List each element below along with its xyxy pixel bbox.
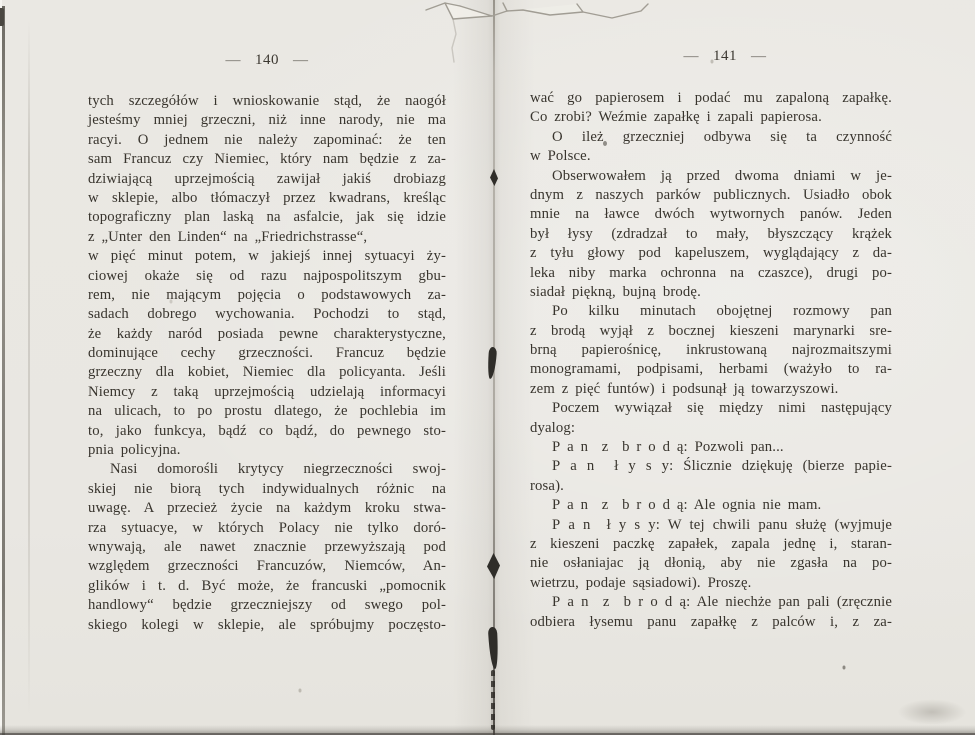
text-line: brną papierośnicę, inkrustowaną najrozma… bbox=[530, 341, 892, 360]
text-line: leka niby marka ochronna na czaszce), dr… bbox=[530, 264, 892, 283]
text-line: odbiera łysemu panu zapałkę z palców i, … bbox=[530, 613, 892, 632]
text-line: glików i t. d. Być może, że francuski „p… bbox=[88, 577, 446, 596]
text-line: sam Francuz czy Niemiec, który nam będzi… bbox=[88, 150, 446, 169]
text-line: Poczem wywiązał się między nimi następuj… bbox=[530, 399, 892, 418]
book-scan: — 140 — tych szczegółów i wnioskowanie s… bbox=[0, 0, 975, 735]
paper-specks bbox=[0, 0, 2, 3]
right-page-text: wać go papierosem i podać mu zapaloną za… bbox=[530, 89, 892, 632]
text-line: handlowy“ będzie grzeczniejszy od swego … bbox=[88, 596, 446, 615]
text-line: rza sytuacye, w których Polacy nie tylko… bbox=[88, 519, 446, 538]
text-line: skiego kolegi w sklepie, ale spróbujmy p… bbox=[88, 616, 446, 635]
page-curl-shadow bbox=[28, 20, 30, 720]
text-line: monogramami, podpisami, herbami (ważyło … bbox=[530, 360, 892, 379]
text-line: wietrzu, podaje sąsiadowi). Proszę. bbox=[530, 574, 892, 593]
text-line: tych szczegółów i wnioskowanie stąd, że … bbox=[88, 92, 446, 111]
text-line: dominujące cechy grzeczności. Francuz bę… bbox=[88, 344, 446, 363]
text-line: P a n z b r o d ą: Pozwoli pan... bbox=[530, 438, 892, 457]
text-line: to, jako funkcya, bądź co bądź, do pewne… bbox=[88, 422, 446, 441]
text-line: w pięć minut potem, w jakiejś innej sytu… bbox=[88, 247, 446, 266]
corner-smudge bbox=[897, 699, 967, 725]
text-line: topograficzny plan laską na asfalcie, ja… bbox=[88, 208, 446, 227]
right-page-number: 141 bbox=[713, 48, 737, 65]
text-line: skiej nie biorą tych indywidualnych różn… bbox=[88, 480, 446, 499]
text-line: dyalog: bbox=[530, 419, 892, 438]
text-line: że każdy naród posiada pewne charakterys… bbox=[88, 325, 446, 344]
text-line: pnia policyjna. bbox=[88, 441, 446, 460]
torn-paper-sketch bbox=[420, 0, 680, 80]
header-dash: — bbox=[751, 50, 767, 64]
text-line: P a n z b r o d ą: Ale niechże pan pali … bbox=[530, 593, 892, 612]
text-line: dziwiającą uprzejmością zawijał jakiś dr… bbox=[88, 170, 446, 189]
text-line: rem, nie mającym pojęcia o podstawowych … bbox=[88, 286, 446, 305]
text-line: racyi. O jednem nie należy zapominać: że… bbox=[88, 131, 446, 150]
text-line: był łysy (zdradzał to mały, błyszczący k… bbox=[530, 225, 892, 244]
text-line: dnym z naszych parków publicznych. Usiad… bbox=[530, 186, 892, 205]
text-line: P a n z b r o d ą: Ale ognia nie mam. bbox=[530, 496, 892, 515]
text-line: mnie na ławce dwóch wytwornych panów. Je… bbox=[530, 205, 892, 224]
text-line: rosa). bbox=[530, 477, 892, 496]
text-line: z „Unter den Linden“ na „Friedrichstrass… bbox=[88, 228, 446, 247]
text-line: Niemcy z taką uprzejmością udzielają inf… bbox=[88, 383, 446, 402]
text-line: z kieszeni paczkę zapałek, zapala jednę … bbox=[530, 535, 892, 554]
text-line: Co zrobi? Weźmie zapałkę i zapali papier… bbox=[530, 108, 892, 127]
text-line: w sklepie, albo tłómaczył przez kwadrans… bbox=[88, 189, 446, 208]
left-page-number: 140 bbox=[255, 52, 279, 69]
text-line: z tyłu głowy pod kapeluszem, wyglądający… bbox=[530, 244, 892, 263]
text-line: jesteśmy mniej grzeczni, niż inne narody… bbox=[88, 111, 446, 130]
text-line: na ulicach, to po prostu dlatego, że poc… bbox=[88, 402, 446, 421]
text-line: grzeczny dla kobiet, Niemiec dla policya… bbox=[88, 363, 446, 382]
text-line: Nasi domorośli krytycy niegrzeczności sw… bbox=[88, 460, 446, 479]
text-line: O ileż grzeczniej odbywa się ta czynność bbox=[530, 128, 892, 147]
text-line: Po kilku minutach obojętnej rozmowy pan bbox=[530, 302, 892, 321]
text-line: wać go papierosem i podać mu zapaloną za… bbox=[530, 89, 892, 108]
left-edge-mark bbox=[0, 8, 4, 26]
text-line: z brodą wyjął z bocznej kieszeni marynar… bbox=[530, 322, 892, 341]
left-page-header: — 140 — bbox=[88, 52, 446, 69]
text-line: zem z pięć funtów) i podsunął ją towarzy… bbox=[530, 380, 892, 399]
header-dash: — bbox=[226, 54, 242, 68]
header-dash: — bbox=[684, 50, 700, 64]
text-line: wnywają, ale nawet znacznie przewyższają… bbox=[88, 538, 446, 557]
text-line: uwagę. A przecież życie na każdym kroku … bbox=[88, 499, 446, 518]
text-line: nie osłaniajac ją dłonią, aby nie zgasła… bbox=[530, 554, 892, 573]
gutter-stitch-marks bbox=[491, 670, 495, 730]
text-line: sadach dobrego wychowania. Pochodzi to s… bbox=[88, 305, 446, 324]
text-line: w Polsce. bbox=[530, 147, 892, 166]
header-dash: — bbox=[293, 54, 309, 68]
text-line: siadał piękną, bujną brodę. bbox=[530, 283, 892, 302]
text-line: względem grzeczności Francuzów, Niemców,… bbox=[88, 557, 446, 576]
left-page-text: tych szczegółów i wnioskowanie stąd, że … bbox=[88, 92, 446, 635]
text-line: ciowej okaże się od razu najpospolitszym… bbox=[88, 267, 446, 286]
text-line: P a n ł y s y: Ślicznie dziękuję (bierze… bbox=[530, 457, 892, 476]
left-book-edge bbox=[2, 6, 5, 735]
text-line: Obserwowałem ją przed dwoma dniami w je- bbox=[530, 167, 892, 186]
text-line: P a n ł y s y: W tej chwili panu służę (… bbox=[530, 516, 892, 535]
